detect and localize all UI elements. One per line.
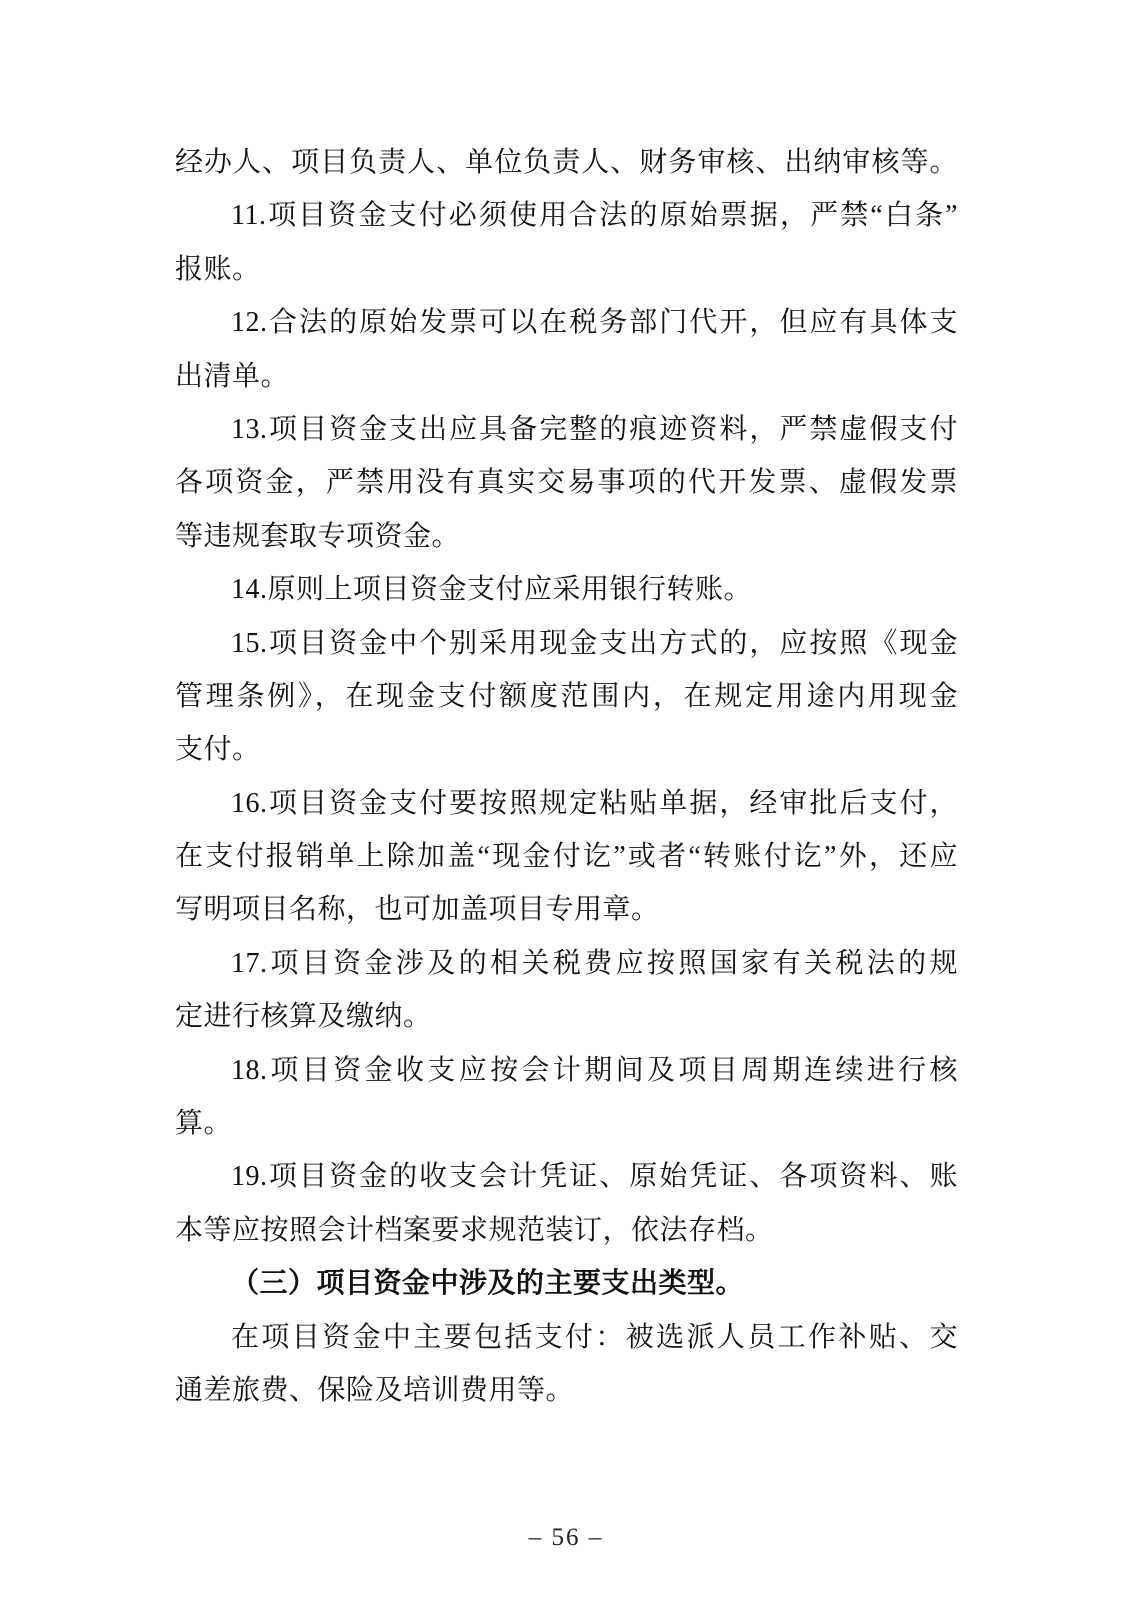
paragraph-line: 15.项目资金中个别采用现金支出方式的，应按照《现金 xyxy=(175,617,958,670)
paragraph-line: 报账。 xyxy=(175,243,958,296)
paragraph-line: 本等应按照会计档案要求规范装订，依法存档。 xyxy=(175,1204,958,1257)
paragraph-line: 等违规套取专项资金。 xyxy=(175,510,958,563)
document-page: 经办人、项目负责人、单位负责人、财务审核、出纳审核等。 11.项目资金支付必须使… xyxy=(0,0,1132,1600)
paragraph-line: 各项资金，严禁用没有真实交易事项的代开发票、虚假发票 xyxy=(175,456,958,509)
paragraph-line: 支付。 xyxy=(175,723,958,776)
paragraph-line: 写明项目名称，也可加盖项目专用章。 xyxy=(175,883,958,936)
paragraph-line: 12.合法的原始发票可以在税务部门代开，但应有具体支 xyxy=(175,296,958,349)
paragraph-line: 算。 xyxy=(175,1097,958,1150)
paragraph-line: 18.项目资金收支应按会计期间及项目周期连续进行核 xyxy=(175,1044,958,1097)
paragraph-line: 经办人、项目负责人、单位负责人、财务审核、出纳审核等。 xyxy=(175,136,958,189)
paragraph-line: 11.项目资金支付必须使用合法的原始票据，严禁“白条” xyxy=(175,189,958,242)
page-number: – 56 – xyxy=(0,1524,1132,1552)
paragraph-line: 16.项目资金支付要按照规定粘贴单据，经审批后支付， xyxy=(175,777,958,830)
paragraph-line: 17.项目资金涉及的相关税费应按照国家有关税法的规 xyxy=(175,937,958,990)
paragraph-line: 定进行核算及缴纳。 xyxy=(175,990,958,1043)
section-heading: （三）项目资金中涉及的主要支出类型。 xyxy=(175,1257,958,1310)
paragraph-line: 通差旅费、保险及培训费用等。 xyxy=(175,1364,958,1417)
paragraph-line: 在项目资金中主要包括支付：被选派人员工作补贴、交 xyxy=(175,1311,958,1364)
paragraph-line: 13.项目资金支出应具备完整的痕迹资料，严禁虚假支付 xyxy=(175,403,958,456)
paragraph-line: 在支付报销单上除加盖“现金付讫”或者“转账付讫”外，还应 xyxy=(175,830,958,883)
document-body: 经办人、项目负责人、单位负责人、财务审核、出纳审核等。 11.项目资金支付必须使… xyxy=(175,136,958,1417)
paragraph-line: 19.项目资金的收支会计凭证、原始凭证、各项资料、账 xyxy=(175,1150,958,1203)
paragraph-line: 14.原则上项目资金支付应采用银行转账。 xyxy=(175,563,958,616)
paragraph-line: 出清单。 xyxy=(175,350,958,403)
paragraph-line: 管理条例》，在现金支付额度范围内，在规定用途内用现金 xyxy=(175,670,958,723)
